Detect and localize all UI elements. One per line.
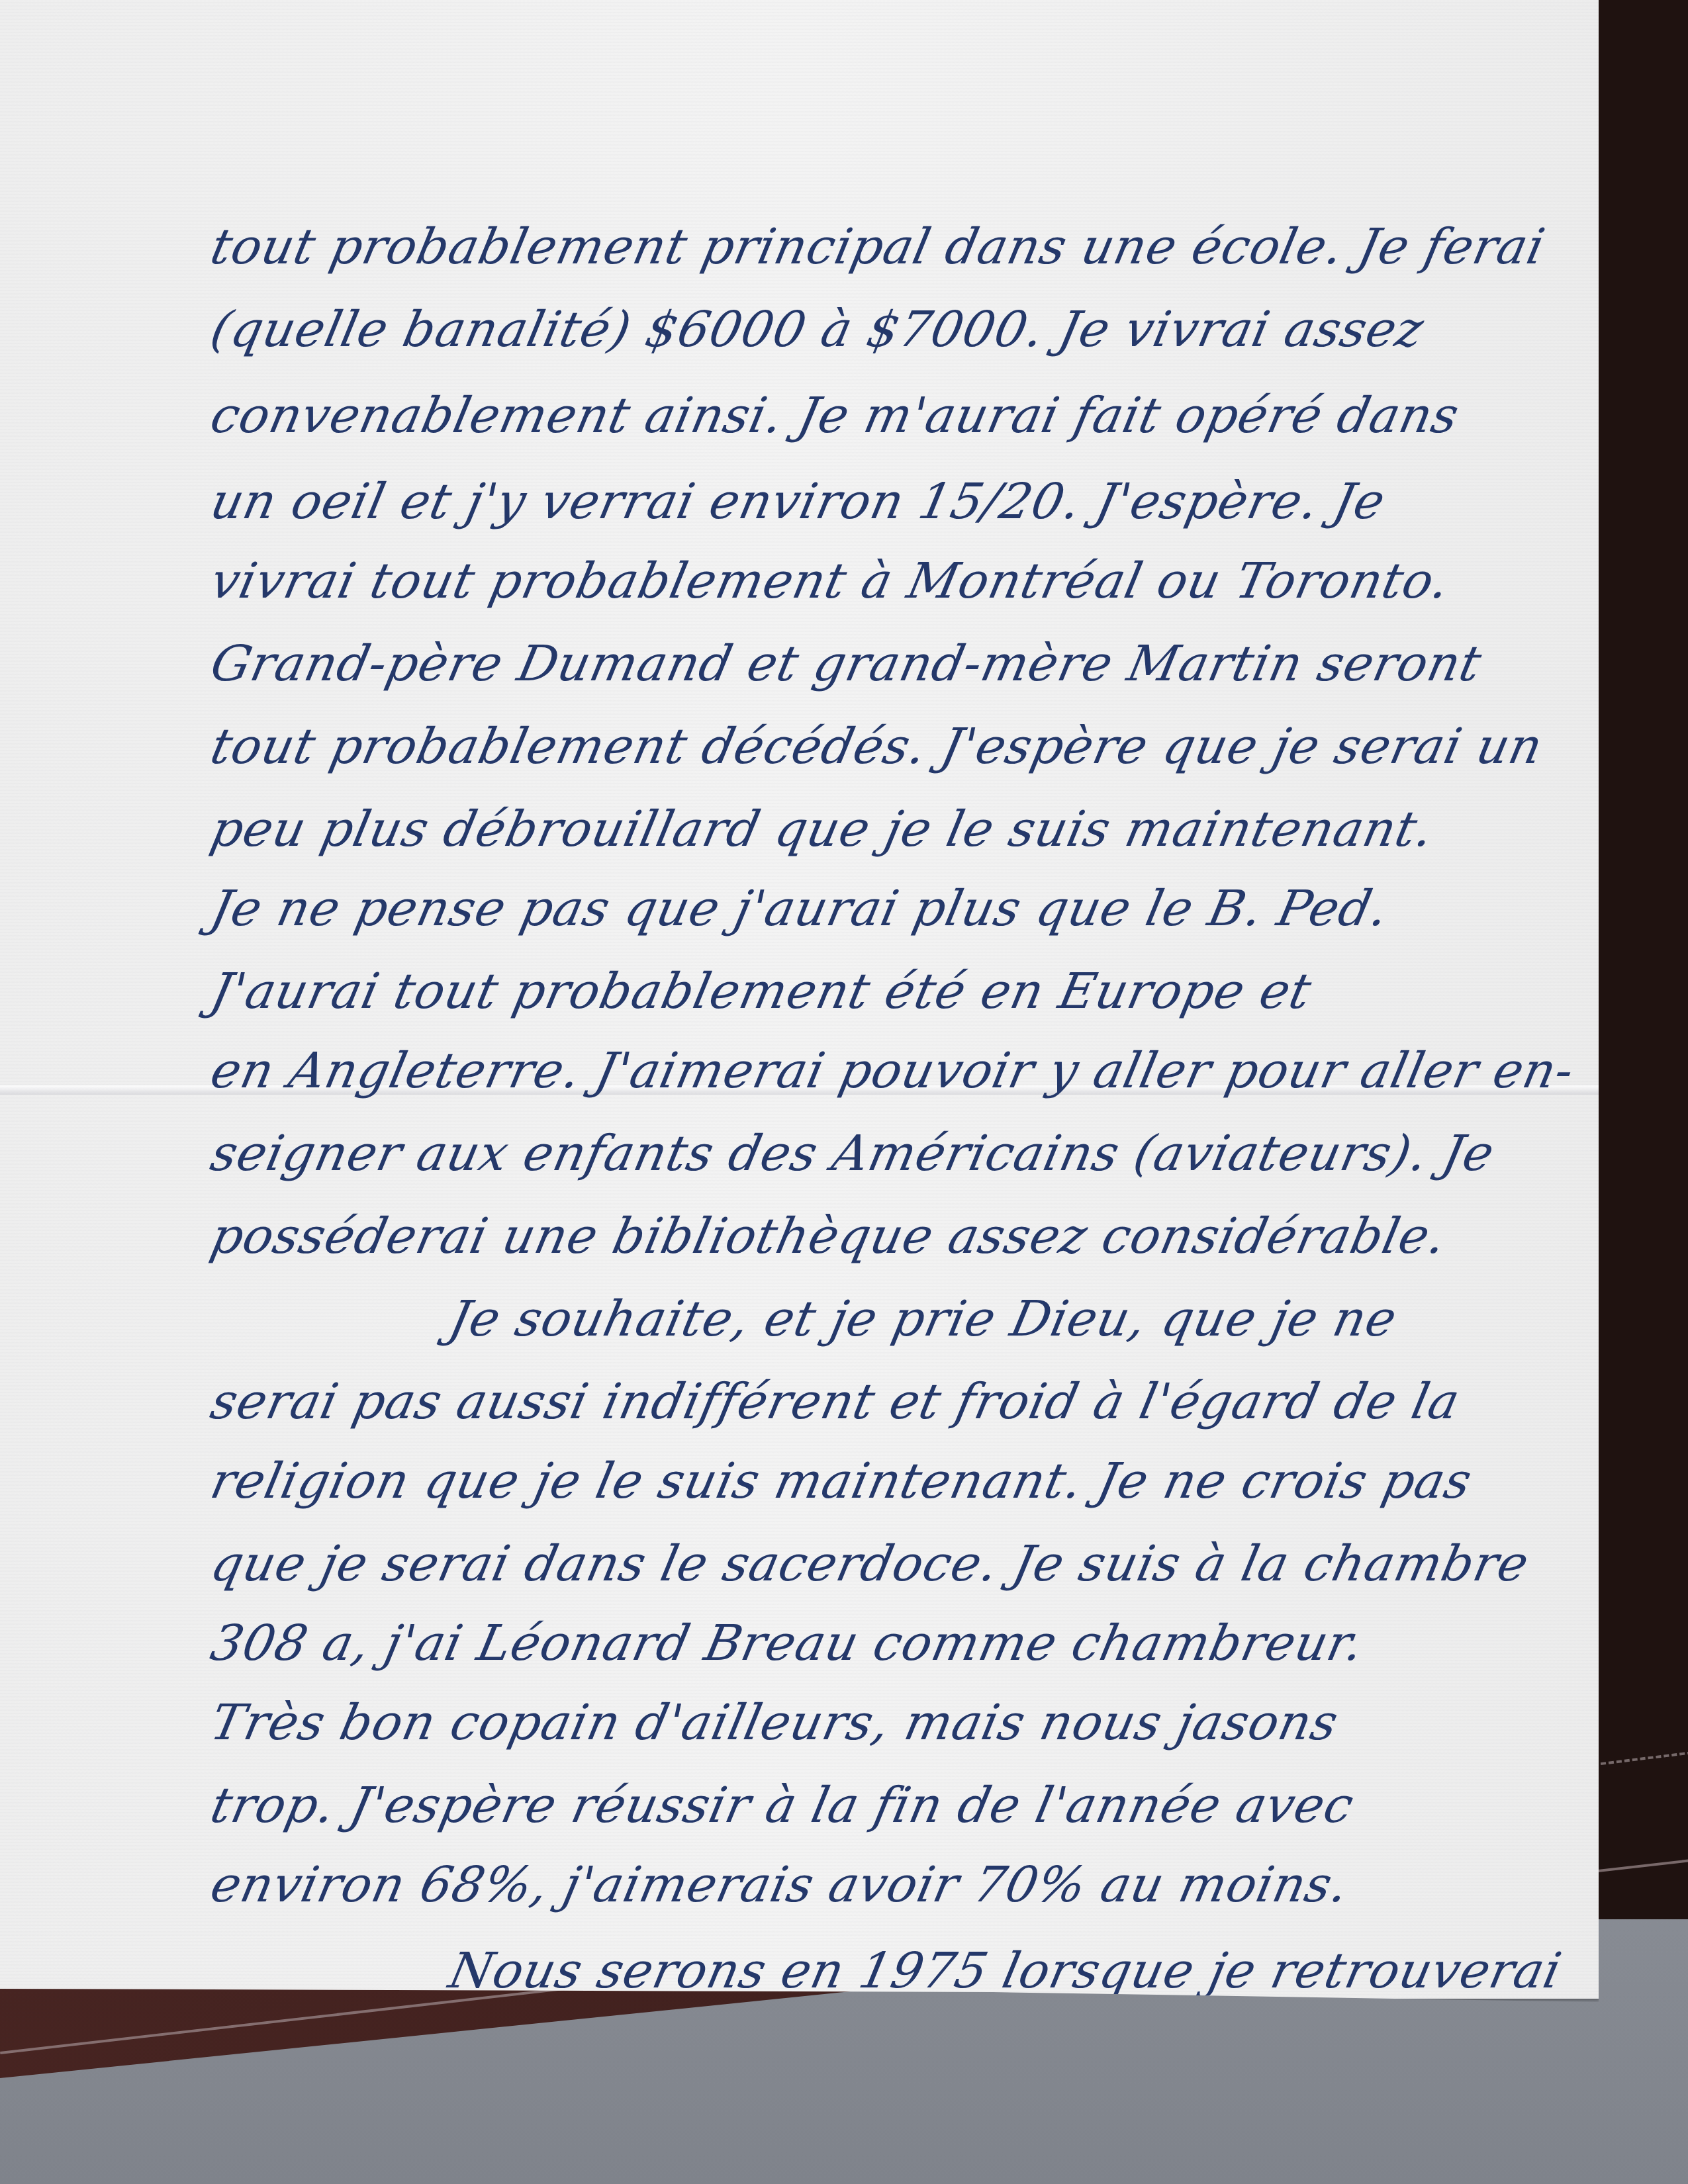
letter-line: un oeil et j'y verrai environ 15/20. J'e…: [206, 473, 1391, 530]
letter-line: environ 68%, j'aimerais avoir 70% au moi…: [206, 1856, 1354, 1913]
letter-line: trop. J'espère réussir à la fin de l'ann…: [206, 1777, 1359, 1834]
letter-line: peu plus débrouillard que je le suis mai…: [206, 801, 1439, 858]
letter-line: 308 a, j'ai Léonard Breau comme chambreu…: [206, 1615, 1369, 1672]
letter-line-paragraph-start: Je souhaite, et je prie Dieu, que je ne: [206, 1291, 1402, 1347]
letter-line: Je ne pense pas que j'aurai plus que le …: [206, 880, 1394, 937]
letter-line: vivrai tout probablement à Montréal ou T…: [206, 553, 1455, 610]
letter-line: J'aurai tout probablement été en Europe …: [206, 963, 1317, 1020]
letter-line: (quelle banalité) $6000 à $7000. Je vivr…: [206, 301, 1429, 358]
letter-line: religion que je le suis maintenant. Je n…: [206, 1453, 1477, 1510]
letter-line: serai pas aussi indifférent et froid à l…: [206, 1373, 1465, 1430]
letter-line: tout probablement principal dans une éco…: [206, 218, 1550, 275]
letter-line: tout probablement décédés. J'espère que …: [206, 718, 1548, 775]
letter-line: convenablement ainsi. Je m'aurai fait op…: [206, 387, 1464, 444]
letter-line: que je serai dans le sacerdoce. Je suis …: [206, 1535, 1534, 1592]
letter-line: Très bon copain d'ailleurs, mais nous ja…: [206, 1694, 1343, 1751]
letter-line: posséderai une bibliothèque assez consid…: [206, 1208, 1452, 1265]
letter-line: Grand-père Dumand et grand-mère Martin s…: [206, 635, 1487, 692]
letter-page: tout probablement principal dans une éco…: [0, 0, 1599, 1999]
letter-line: en Angleterre. J'aimerai pouvoir y aller…: [206, 1042, 1579, 1099]
letter-line: seigner aux enfants des Américains (avia…: [206, 1125, 1499, 1182]
